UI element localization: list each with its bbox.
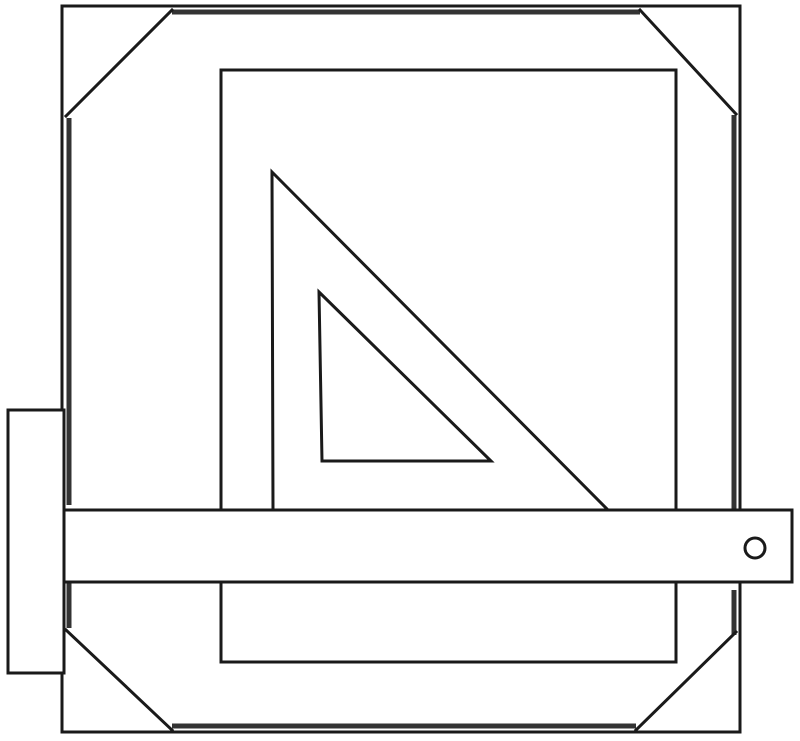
- set-square: [272, 172, 608, 510]
- t-square-blade: [64, 510, 792, 582]
- t-square-head: [8, 410, 64, 673]
- drawing-board-diagram: Drawing board with T-square and set squa…: [0, 0, 800, 741]
